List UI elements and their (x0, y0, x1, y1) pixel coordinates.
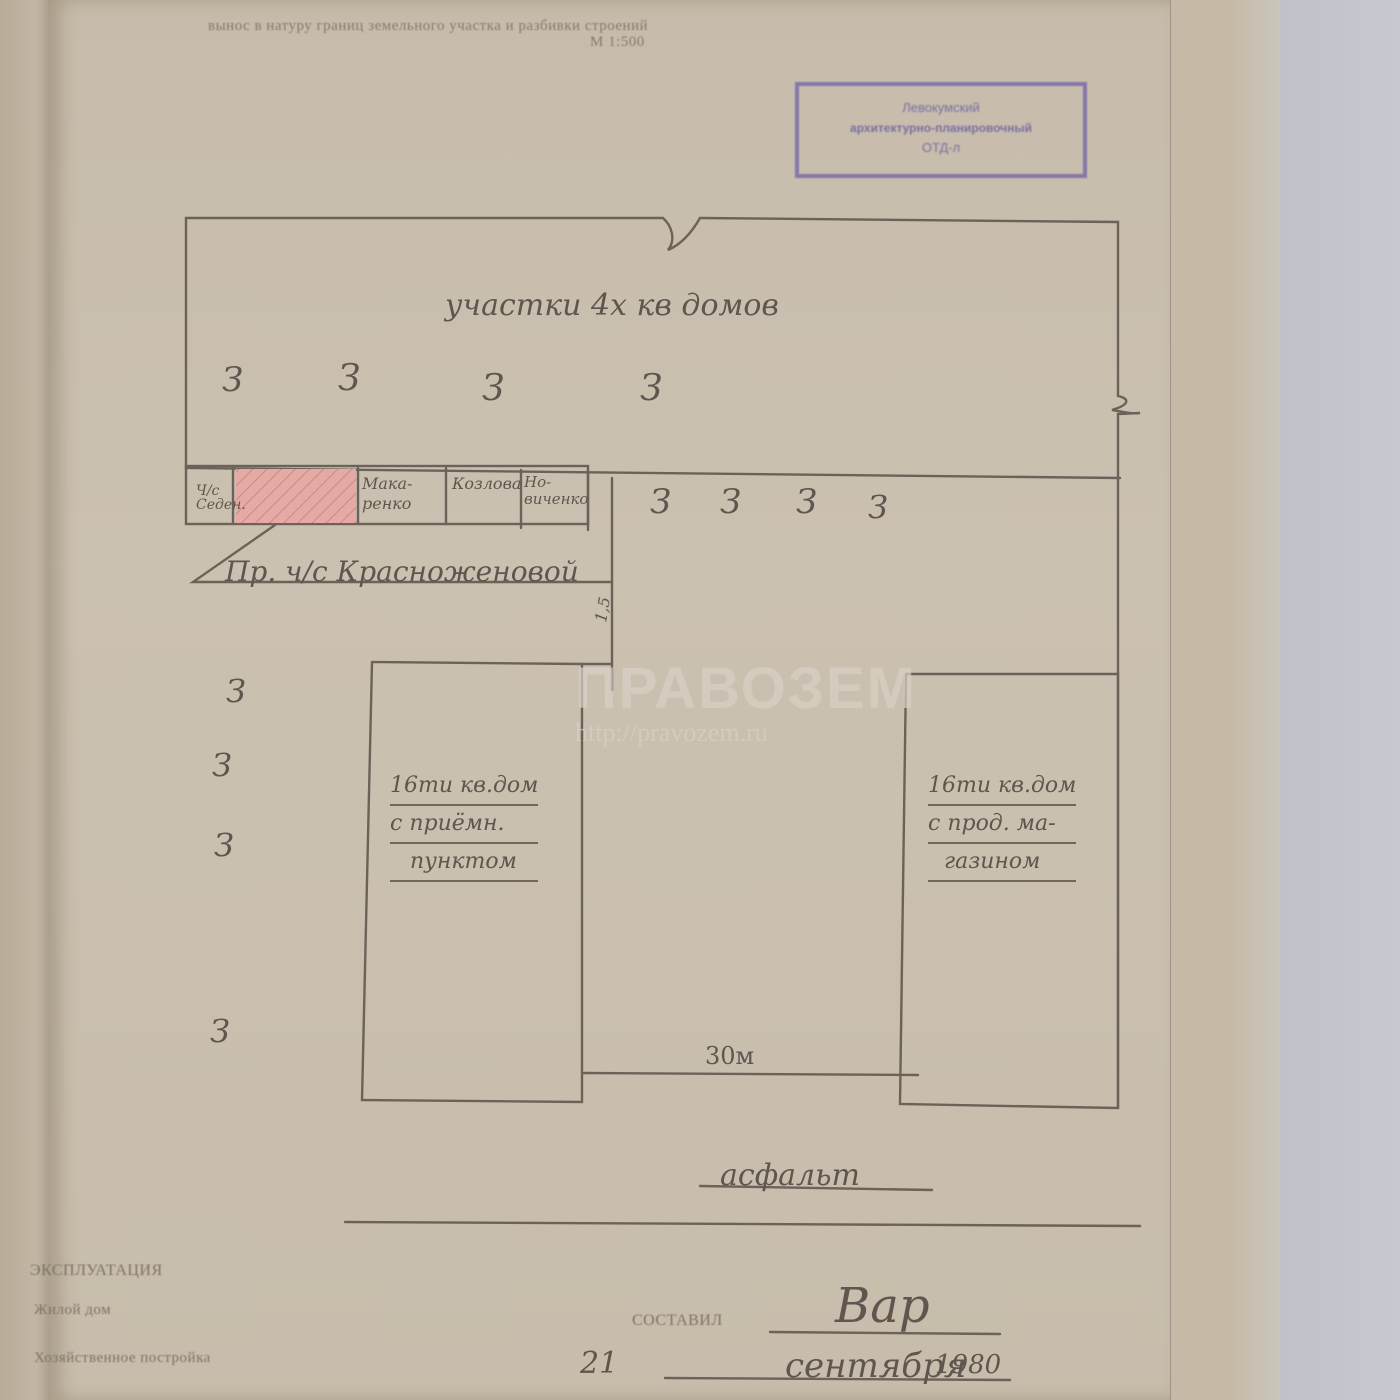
tree-icon: З (482, 368, 504, 409)
tree-icon: З (226, 672, 246, 710)
tree-icon: З (338, 358, 360, 399)
building-left-line-1: 16ти кв.дом (390, 768, 538, 806)
tree-icon: З (222, 360, 243, 400)
watermark-title: ПРАВОЗЕМ (575, 655, 917, 722)
tree-icon: З (796, 482, 817, 522)
plot-1-label: Ч/с Седен. (196, 484, 232, 512)
tree-icon: З (210, 1012, 230, 1050)
composed-by-label: СОСТАВИЛ (632, 1312, 723, 1330)
building-right-line-3: газином (928, 844, 1076, 882)
building-left-label: 16ти кв.дом с приёмн. пунктом (390, 768, 538, 882)
dimension-30m: 30м (705, 1042, 754, 1070)
date-year: 1980 (935, 1350, 1001, 1380)
footer-item-1: Жилой дом (34, 1302, 111, 1319)
plot-5-label: Но-виченко (524, 474, 586, 508)
tree-icon: З (720, 482, 741, 522)
tree-icon: З (212, 746, 232, 784)
footer-item-2: Хозяйственное постройка (34, 1350, 211, 1367)
building-left-line-3: пунктом (390, 844, 538, 882)
plot-4-label: Козлова (452, 474, 518, 494)
hatched-plot (236, 469, 356, 523)
building-left-line-2: с приёмн. (390, 806, 538, 844)
signature: Вар (835, 1278, 930, 1334)
date-day: 21 (580, 1346, 618, 1381)
tree-icon: З (868, 488, 888, 526)
tree-icon: З (650, 482, 671, 522)
top-area-label: участки 4х кв домов (445, 288, 779, 323)
road-label: асфальт (720, 1158, 860, 1193)
building-right-label: 16ти кв.дом с прод. ма- газином (928, 768, 1076, 882)
watermark-url: http://pravozem.ru (575, 718, 768, 748)
building-right-line-2: с прод. ма- (928, 806, 1076, 844)
plot-3-label: Мака-ренко (362, 474, 444, 514)
tree-icon: З (640, 368, 662, 409)
callout-label: Пр. ч/с Красноженовой (225, 555, 579, 588)
footer-section-title: ЭКСПЛУАТАЦИЯ (30, 1262, 163, 1280)
building-right-line-1: 16ти кв.дом (928, 768, 1076, 806)
tree-icon: З (214, 826, 234, 864)
